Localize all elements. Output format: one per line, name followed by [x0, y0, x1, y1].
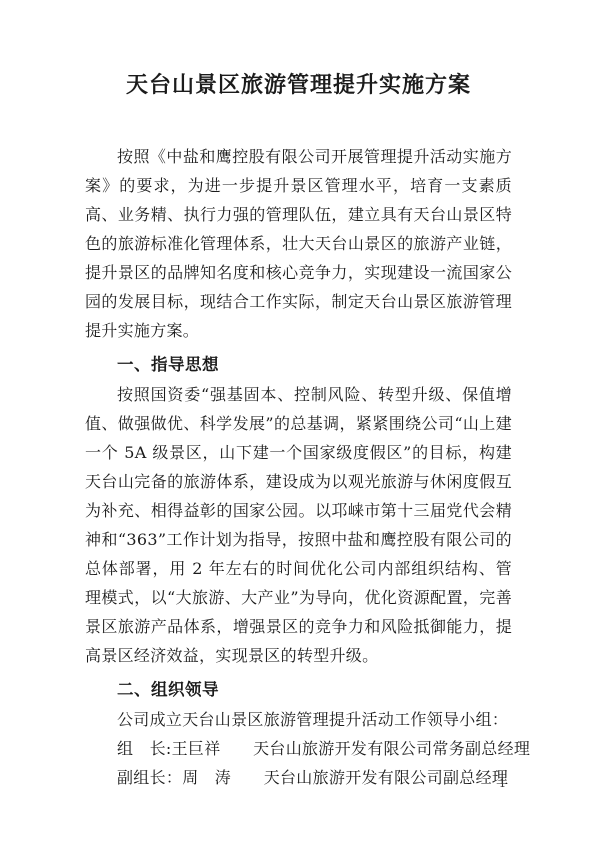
paragraph-intro: 按照《中盐和鹰控股有限公司开展管理提升活动实施方案》的要求，为进一步提升景区管理… — [85, 142, 512, 345]
section-1-heading: 一、指导思想 — [85, 350, 512, 379]
document-title: 天台山景区旅游管理提升实施方案 — [85, 72, 512, 99]
role-line-leader: 组 长:王巨祥 天台山旅游开发有限公司常务副总经理 — [85, 734, 512, 763]
document-content: 天台山景区旅游管理提升实施方案 按照《中盐和鹰控股有限公司开展管理提升活动实施方… — [85, 72, 512, 792]
section-1-body: 按照国资委“强基固本、控制风险、转型升级、保值增值、做强做优、科学发展”的总基调… — [85, 380, 512, 670]
page-number: 1 — [499, 777, 506, 790]
document-page: 天台山景区旅游管理提升实施方案 按照《中盐和鹰控股有限公司开展管理提升活动实施方… — [0, 0, 595, 842]
section-2-lead: 公司成立天台山景区旅游管理提升活动工作领导小组： — [85, 705, 512, 734]
section-2-heading: 二、组织领导 — [85, 675, 512, 704]
role-line-deputy-leader: 副组长：周 涛 天台山旅游开发有限公司副总经理 — [85, 763, 512, 792]
